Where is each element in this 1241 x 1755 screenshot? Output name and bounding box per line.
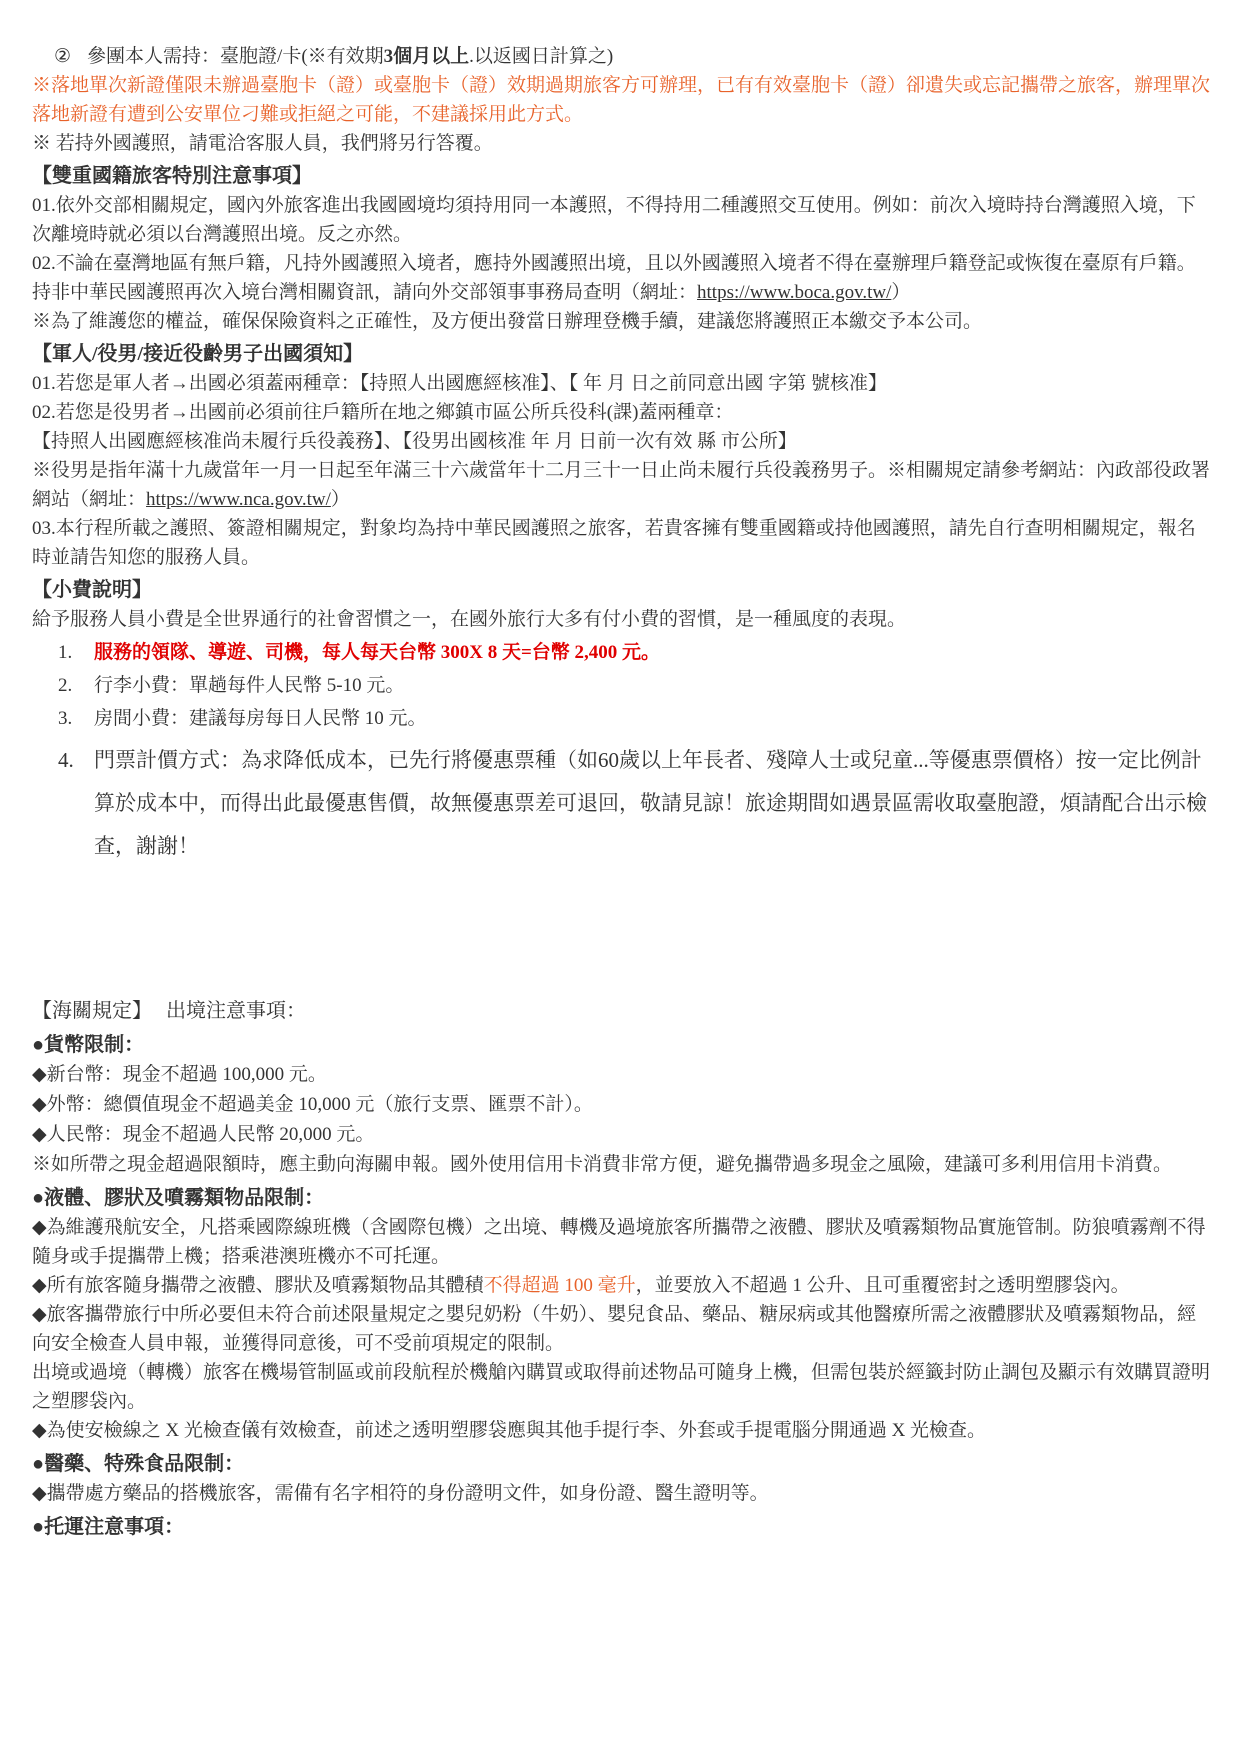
tipping-item-2-text: 行李小費：單趟每件人民幣 5-10 元。 xyxy=(94,671,1213,700)
tipping-item-1-number: 1. xyxy=(58,638,94,667)
tipping-item-4: 4. 門票計價方式：為求降低成本，已先行將優惠票種（如60歲以上年長者、殘障人士… xyxy=(32,739,1213,868)
tipping-section-title: 【小費說明】 xyxy=(32,575,1213,605)
draftee-definition-note: ※役男是指年滿十九歲當年一月一日起至年滿三十六歲當年十二月三十一日止尚未履行兵役… xyxy=(32,456,1213,514)
military-item-02-stamps: 【持照人出國應經核准尚未履行兵役義務】、【役男出國核准 年 月 日前一次有效 縣… xyxy=(32,427,1213,456)
tipping-item-4-text: 門票計價方式：為求降低成本，已先行將優惠票種（如60歲以上年長者、殘障人士或兒童… xyxy=(94,739,1213,868)
tipping-item-1: 1. 服務的領隊、導遊、司機，每人每天台幣 300X 8 天=台幣 2,400 … xyxy=(32,638,1213,667)
customs-title: 【海關規定】 xyxy=(32,996,152,1026)
boca-link[interactable]: https://www.boca.gov.tw/ xyxy=(697,282,891,303)
passport-requirement-line: ②參團本人需持：臺胞證/卡(※有效期3個月以上.以返國日計算之) xyxy=(32,42,1213,71)
passport-requirement-post: .以返國日計算之) xyxy=(469,46,613,67)
landing-permit-warning: ※落地單次新證僅限未辦過臺胞卡（證）或臺胞卡（證）效期過期旅客方可辦理，已有有效… xyxy=(32,71,1213,129)
dual-nationality-section-title: 【雙重國籍旅客特別注意事項】 xyxy=(32,161,1213,191)
military-item-01: 01.若您是軍人者→出國必須蓋兩種章：【持照人出國應經核准】、【 年 月 日之前… xyxy=(32,369,1213,398)
boca-info-pre: 持非中華民國護照再次入境台灣相關資訊，請向外交部領事事務局查明（網址： xyxy=(32,282,697,303)
liquids-limit-header: ●液體、膠狀及噴霧類物品限制： xyxy=(32,1183,1213,1213)
tipping-item-1-text: 服務的領隊、導遊、司機，每人每天台幣 300X 8 天=台幣 2,400 元。 xyxy=(94,638,1213,667)
tipping-item-3-number: 3. xyxy=(58,704,94,733)
currency-foreign-limit: ◆外幣：總價值現金不超過美金 10,000 元（旅行支票、匯票不計）。 xyxy=(32,1090,1213,1120)
circled-two-marker: ② xyxy=(54,42,71,71)
checked-baggage-header: ●托運注意事項： xyxy=(32,1512,1213,1542)
travel-notice-document: ②參團本人需持：臺胞證/卡(※有效期3個月以上.以返國日計算之) ※落地單次新證… xyxy=(0,0,1241,1542)
liquids-rule-1: ◆為維護飛航安全，凡搭乘國際線班機（含國際包機）之出境、轉機及過境旅客所攜帶之液… xyxy=(32,1213,1213,1271)
customs-subtitle: 出境注意事項： xyxy=(166,996,306,1026)
liquids-rule-3: ◆旅客攜帶旅行中所必要但未符合前述限量規定之嬰兒奶粉（牛奶）、嬰兒食品、藥品、糖… xyxy=(32,1300,1213,1358)
boca-info-post: ） xyxy=(891,282,910,303)
military-item-03: 03.本行程所載之護照、簽證相關規定，對象均為持中華民國護照之旅客，若貴客擁有雙… xyxy=(32,514,1213,572)
military-item-02: 02.若您是役男者→出國前必須前往戶籍所在地之鄉鎮市區公所兵役科(課)蓋兩種章： xyxy=(32,398,1213,427)
dual-nationality-item-02: 02.不論在臺灣地區有無戶籍，凡持外國護照入境者，應持外國護照出境，且以外國護照… xyxy=(32,249,1213,278)
liquids-rule-2-pre: ◆所有旅客隨身攜帶之液體、膠狀及噴霧類物品其體積 xyxy=(32,1275,484,1296)
military-section-title: 【軍人/役男/接近役齡男子出國須知】 xyxy=(32,339,1213,369)
tipping-item-3: 3. 房間小費：建議每房每日人民幣 10 元。 xyxy=(32,704,1213,733)
boca-info-line: 持非中華民國護照再次入境台灣相關資訊，請向外交部領事事務局查明（網址：https… xyxy=(32,278,1213,307)
liquids-rule-2-post: ，並要放入不超過 1 公升、且可重覆密封之透明塑膠袋內。 xyxy=(636,1275,1130,1296)
tipping-item-4-number: 4. xyxy=(58,739,94,868)
currency-rmb-limit: ◆人民幣：現金不超過人民幣 20,000 元。 xyxy=(32,1120,1213,1150)
liquids-volume-limit-highlight: 不得超過 100 毫升 xyxy=(484,1275,636,1296)
foreign-passport-note: ※ 若持外國護照，請電洽客服人員，我們將另行答覆。 xyxy=(32,129,1213,158)
currency-twd-limit: ◆新台幣：現金不超過 100,000 元。 xyxy=(32,1060,1213,1090)
liquids-rule-2: ◆所有旅客隨身攜帶之液體、膠狀及噴霧類物品其體積不得超過 100 毫升，並要放入… xyxy=(32,1271,1213,1300)
tipping-item-2-number: 2. xyxy=(58,671,94,700)
draftee-note-post: ） xyxy=(331,489,350,510)
dual-nationality-item-01: 01.依外交部相關規定，國內外旅客進出我國國境均須持用同一本護照，不得持用二種護… xyxy=(32,191,1213,249)
medicine-limit-header: ●醫藥、特殊食品限制： xyxy=(32,1449,1213,1479)
customs-section-title-line: 【海關規定】 出境注意事項： xyxy=(32,996,1213,1026)
passport-validity-bold: 3個月以上 xyxy=(384,46,470,67)
passport-requirement-pre: 參團本人需持：臺胞證/卡(※有效期 xyxy=(87,46,384,67)
tipping-intro: 給予服務人員小費是全世界通行的社會習慣之一，在國外旅行大多有付小費的習慣，是一種… xyxy=(32,605,1213,634)
tipping-item-3-text: 房間小費：建議每房每日人民幣 10 元。 xyxy=(94,704,1213,733)
liquids-rule-5: ◆為使安檢線之 X 光檢查儀有效檢查，前述之透明塑膠袋應與其他手提行李、外套或手… xyxy=(32,1416,1213,1445)
tipping-item-2: 2. 行李小費：單趟每件人民幣 5-10 元。 xyxy=(32,671,1213,700)
medicine-rule: ◆攜帶處方藥品的搭機旅客，需備有名字相符的身份證明文件，如身份證、醫生證明等。 xyxy=(32,1479,1213,1508)
currency-declare-note: ※如所帶之現金超過限額時，應主動向海關申報。國外使用信用卡消費非常方便，避免攜帶… xyxy=(32,1150,1213,1179)
insurance-note: ※為了維護您的權益，確保保險資料之正確性，及方便出發當日辦理登機手續，建議您將護… xyxy=(32,307,1213,336)
liquids-rule-4: 出境或過境（轉機）旅客在機場管制區或前段航程於機艙內購買或取得前述物品可隨身上機… xyxy=(32,1358,1213,1416)
currency-limit-header: ●貨幣限制： xyxy=(32,1030,1213,1060)
nca-link[interactable]: https://www.nca.gov.tw/ xyxy=(146,489,331,510)
